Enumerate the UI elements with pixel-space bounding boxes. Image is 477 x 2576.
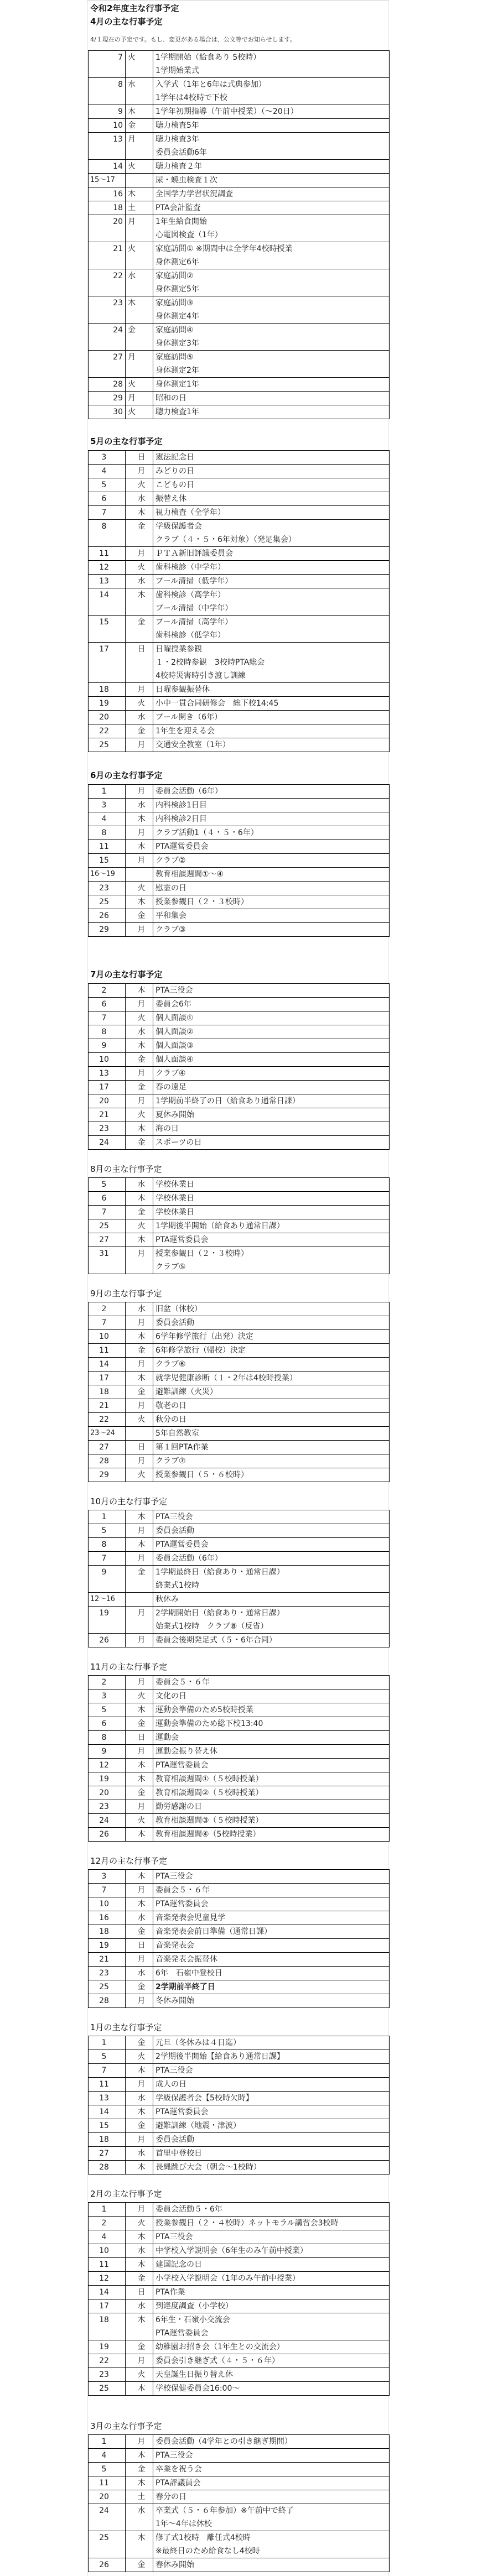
event-text: 聴力検査3年 (155, 133, 389, 146)
table-row: 5金卒業を祝う会 (89, 2463, 390, 2476)
event-text: 個人面談① (155, 1011, 389, 1025)
date-cell: 21 (89, 1399, 126, 1413)
event-cell: クラブ活動1（４・５・6年） (153, 826, 390, 840)
event-cell: 避難訓練（地震・津波） (153, 2119, 390, 2133)
event-text: 委員会活動 (155, 1316, 389, 1329)
weekday-cell: 火 (126, 2217, 153, 2230)
date-cell: 9 (89, 1566, 126, 1593)
event-cell: 避難訓練（火災） (153, 1385, 390, 1399)
event-text: PTA三役会 (155, 1870, 389, 1883)
month-heading: 6月の主な行事予定 (88, 770, 388, 784)
weekday-cell: 水 (126, 1302, 153, 1316)
schedule-table: 3日憲法記念日4月みどりの日5火こどもの日6水振替え休7木視力検査（全学年）8金… (88, 450, 390, 752)
date-cell: 18 (89, 1385, 126, 1399)
date-cell: 14 (89, 160, 126, 174)
date-cell: 28 (89, 1454, 126, 1468)
event-cell: PTA三役会 (153, 1870, 390, 1884)
weekday-cell: 月 (126, 2078, 153, 2092)
event-text: 家庭訪問③ (155, 296, 389, 310)
table-row: 7火1学期開始（給食あり 5校時）1学期始業式 (89, 51, 390, 78)
month-section-7: 10月の主な行事予定 1木PTA三役会5月委員会活動8木PTA運営委員会7月委員… (88, 1495, 388, 1647)
date-cell: 16～19 (89, 868, 126, 882)
section-spacer (88, 1842, 388, 1855)
section-spacer (88, 1647, 388, 1661)
table-row: 28火身体測定1年 (89, 378, 390, 392)
month-section-11: 2月の主な行事予定 1月委員会活動５・6年2火授業参観日（２・４校時）ネットモラ… (88, 2188, 388, 2396)
weekday-cell: 金 (126, 2463, 153, 2476)
table-row: 24火教育相談週間③（５校時授業） (89, 1814, 390, 1828)
date-cell: 17 (89, 1372, 126, 1385)
event-cell: 聴力検査3年委員会活動6年 (153, 133, 390, 160)
event-cell: ＰＴＡ新旧評議委員会 (153, 547, 390, 561)
event-text: PTA運営委員会 (155, 1233, 389, 1247)
table-row: 12火歯科検診（中学年） (89, 561, 390, 575)
event-text: 2学期後半開始【給食あり通常日課】 (155, 2050, 389, 2063)
date-cell: 11 (89, 2078, 126, 2092)
date-cell: 20 (89, 215, 126, 242)
event-cell: 昭和の日 (153, 392, 390, 405)
weekday-cell: 火 (126, 1814, 153, 1828)
event-text: 4校時災害時引き渡し訓練 (155, 669, 389, 682)
table-row: 12金小学校入学説明会（1年のみ午前中授業） (89, 2272, 390, 2286)
event-text: 振替え休 (155, 492, 389, 505)
event-text: 1学年初期指導（午前中授業）（～20日） (155, 105, 389, 118)
month-heading: 4月の主な行事予定 (88, 16, 388, 30)
event-text: 運動会 (155, 1731, 389, 1744)
event-text: 1年生を迎える会 (155, 724, 389, 738)
weekday-cell: 火 (126, 561, 153, 575)
event-text: 身体測定1年 (155, 378, 389, 391)
event-text: 委員会活動（6年） (155, 785, 389, 798)
table-row: 13月クラブ④ (89, 1067, 390, 1081)
event-cell: 授業参観日（５・６校時） (153, 1468, 390, 1482)
event-cell: PTA運営委員会 (153, 1759, 390, 1772)
event-text: 6学年修学旅行（出発）決定 (155, 1330, 389, 1343)
event-text: 避難訓練（火災） (155, 1385, 389, 1399)
event-cell: 教育相談週間①～④ (153, 868, 390, 882)
event-cell: 秋休み (153, 1593, 390, 1607)
event-cell: 学級保護者会クラブ（４・５・6年対象）（発足集会） (153, 520, 390, 547)
weekday-cell: 火 (126, 51, 153, 78)
date-cell: 26 (89, 909, 126, 923)
event-cell: 教育相談週間③（５校時授業） (153, 1814, 390, 1828)
date-cell: 17 (89, 1081, 126, 1094)
schedule-table: 2木PTA三役会6月委員会6年7火個人面談①8水個人面談②9木個人面談③10金個… (88, 983, 390, 1150)
date-cell: 14 (89, 1358, 126, 1372)
date-cell: 29 (89, 392, 126, 405)
event-text: 委員会活動 (155, 1524, 389, 1537)
weekday-cell: 月 (126, 785, 153, 799)
month-section-12: 3月の主な行事予定 1月委員会活動（4学年との引き継ぎ期間）4木PTA三役会5金… (88, 2420, 388, 2572)
event-text: 委員会活動6年 (155, 146, 389, 159)
event-cell: 家庭訪問⑤身体測定2年 (153, 351, 390, 378)
event-cell: PTA会計監査 (153, 201, 390, 215)
event-text: 身体測定5年 (155, 283, 389, 296)
date-cell: 31 (89, 1247, 126, 1274)
event-text: 視力検査（全学年） (155, 506, 389, 519)
event-text: 昭和の日 (155, 392, 389, 405)
date-cell: 26 (89, 2558, 126, 2572)
event-text: 授業参観日（２・３校時） (155, 895, 389, 909)
event-cell: 到達度調査（小学校） (153, 2299, 390, 2313)
event-text: 入学式（1年と6年は式典参加） (155, 78, 389, 91)
table-row: 21月音楽発表会振替休 (89, 1953, 390, 1967)
event-cell: 2学期前半終了日 (153, 1980, 390, 1994)
weekday-cell: 金 (126, 616, 153, 643)
table-row: 19木教育相談週間①（５校時授業） (89, 1772, 390, 1786)
event-text: 天皇誕生日振り替え休 (155, 2368, 389, 2381)
month-section-8: 11月の主な行事予定 2月委員会５・６年3火文化の日5木運動会準備のため5校時授… (88, 1661, 388, 1842)
table-row: 14木歯科検診（高学年）プール清掃（中学年） (89, 588, 390, 616)
event-cell: 1学年初期指導（午前中授業）（～20日） (153, 105, 390, 119)
event-cell: 卒業を祝う会 (153, 2463, 390, 2476)
weekday-cell: 木 (126, 984, 153, 998)
event-cell: プール清掃（高学年）歯科検診（低学年） (153, 616, 390, 643)
event-text: 卒業式（５・６年参加）※午前中で終了 (155, 2504, 389, 2517)
event-text: ＰＴＡ新旧評議委員会 (155, 547, 389, 560)
event-cell: 2学期開始日（給食あり・通常日課）始業式1校時 クラブ⑧（反省） (153, 1607, 390, 1634)
event-text: クラブ⑦ (155, 1454, 389, 1468)
schedule-table: 3木PTA三役会7月委員会５・６年10木PTA運営委員会16水音楽発表会児童見学… (88, 1869, 390, 2008)
weekday-cell: 月 (126, 1745, 153, 1759)
event-text: 聴力検査5年 (155, 119, 389, 132)
table-row: 15金避難訓練（地震・津波） (89, 2119, 390, 2133)
table-row: 5月委員会活動 (89, 1524, 390, 1538)
table-row: 10木PTA運営委員会 (89, 1897, 390, 1911)
date-cell: 25 (89, 1980, 126, 1994)
date-cell: 29 (89, 923, 126, 937)
table-row: 11金6年修学旅行（帰校）決定 (89, 1344, 390, 1358)
weekday-cell: 金 (126, 119, 153, 133)
event-cell: スポーツの日 (153, 1136, 390, 1150)
event-text: PTA運営委員会 (155, 840, 389, 853)
event-cell: 1年生給食開始心電図検査（1年） (153, 215, 390, 242)
date-cell: 5 (89, 2050, 126, 2064)
month-heading: 5月の主な行事予定 (88, 436, 388, 450)
date-cell: 9 (89, 105, 126, 119)
event-cell: 修了式1校時 離任式4校時※最終日のため給食なし4校時 (153, 2531, 390, 2558)
weekday-cell: 火 (126, 1413, 153, 1427)
table-row: 23月勤労感謝の日 (89, 1800, 390, 1814)
table-row: 23火天皇誕生日振り替え休 (89, 2368, 390, 2382)
event-text: 委員会５・６年 (155, 1884, 389, 1897)
weekday-cell: 日 (126, 1441, 153, 1454)
event-text: 建国記念の日 (155, 2258, 389, 2271)
date-cell: 4 (89, 2449, 126, 2463)
date-cell: 11 (89, 1344, 126, 1358)
table-row: 28木長縄跳び大会（朝会～1校時） (89, 2161, 390, 2175)
event-text: 音楽発表会振替休 (155, 1953, 389, 1966)
event-cell: 尿・蟯虫検査１次 (153, 174, 390, 187)
table-row: 14木PTA運営委員会 (89, 2105, 390, 2119)
table-row: 14月クラブ⑥ (89, 1358, 390, 1372)
weekday-cell: 金 (126, 324, 153, 351)
event-cell: PTA運営委員会 (153, 2105, 390, 2119)
table-row: 11木建国記念の日 (89, 2258, 390, 2272)
date-cell: 24 (89, 1136, 126, 1150)
table-row: 11月成人の日 (89, 2078, 390, 2092)
table-row: 18月委員会活動 (89, 2133, 390, 2147)
weekday-cell: 木 (126, 2258, 153, 2272)
date-cell: 30 (89, 405, 126, 419)
weekday-cell: 月 (126, 1067, 153, 1081)
date-cell: 19 (89, 1772, 126, 1786)
date-cell: 20 (89, 1786, 126, 1800)
date-cell: 11 (89, 840, 126, 854)
event-cell: 学校休業日 (153, 1178, 390, 1192)
weekday-cell: 月 (126, 1247, 153, 1274)
table-row: 26木教育相談週間④（5校時授業） (89, 1828, 390, 1842)
event-cell: 委員会後期発足式（５・6年合同） (153, 1634, 390, 1647)
schedule-table: 1木PTA三役会5月委員会活動8木PTA運営委員会7月委員会活動（6年）9金1学… (88, 1510, 390, 1647)
weekday-cell: 水 (126, 492, 153, 506)
date-cell: 19 (89, 1939, 126, 1953)
date-cell: 8 (89, 78, 126, 105)
date-cell: 27 (89, 1441, 126, 1454)
table-row: 12～16秋休み (89, 1593, 390, 1607)
event-cell: 委員会５・６年 (153, 1884, 390, 1897)
event-text: 委員会活動 (155, 2133, 389, 2146)
weekday-cell: 金 (126, 2340, 153, 2354)
table-row: 16～19教育相談週間①～④ (89, 868, 390, 882)
date-cell: 5 (89, 478, 126, 492)
table-row: 5火こどもの日 (89, 478, 390, 492)
event-text: 委員会５・６年 (155, 1676, 389, 1689)
table-row: 31月授業参観日（２・３校時）クラブ⑤ (89, 1247, 390, 1274)
date-cell: 11 (89, 2258, 126, 2272)
section-spacer (88, 752, 388, 770)
event-text: 勤労感謝の日 (155, 1800, 389, 1813)
date-cell: 1 (89, 785, 126, 799)
event-text: 心電図検査（1年） (155, 228, 389, 242)
weekday-cell: 月 (126, 998, 153, 1011)
event-cell: PTA三役会 (153, 1510, 390, 1524)
event-text: 始業式1校時 クラブ⑧（反省） (155, 1620, 389, 1633)
event-text: 長縄跳び大会（朝会～1校時） (155, 2161, 389, 2174)
event-cell: 個人面談② (153, 1025, 390, 1039)
schedule-table: 2月委員会５・６年3火文化の日5木運動会準備のため5校時授業6金運動会準備のため… (88, 1675, 390, 1842)
table-row: 3水内科検診1日目 (89, 799, 390, 812)
table-row: 17日日曜授業参観１・2校時参観 3校時PTA総会4校時災害時引き渡し訓練 (89, 643, 390, 683)
table-row: 17水到達度調査（小学校） (89, 2299, 390, 2313)
event-text: 学校休業日 (155, 1206, 389, 1219)
weekday-cell: 月 (126, 2203, 153, 2217)
table-row: 10金聴力検査5年 (89, 119, 390, 133)
date-cell: 7 (89, 1884, 126, 1897)
date-cell: 3 (89, 1870, 126, 1884)
month-section-3: 6月の主な行事予定 1月委員会活動（6年）3水内科検診1日目4木内科検診2日目8… (88, 770, 388, 937)
date-cell: 25 (89, 2531, 126, 2558)
weekday-cell: 木 (126, 2382, 153, 2396)
event-cell: 音楽発表会 (153, 1939, 390, 1953)
event-cell: 憲法記念日 (153, 451, 390, 465)
date-cell: 23 (89, 1800, 126, 1814)
event-text: 1学期最終日（給食あり・通常日課） (155, 1566, 389, 1579)
event-cell: クラブ④ (153, 1067, 390, 1081)
date-cell: 2 (89, 984, 126, 998)
schedule-table: 1月委員会活動（6年）3水内科検診1日目4木内科検診2日目8月クラブ活動1（４・… (88, 784, 390, 937)
date-cell: 9 (89, 1039, 126, 1053)
weekday-cell: 木 (126, 588, 153, 616)
table-row: 24金家庭訪問④身体測定3年 (89, 324, 390, 351)
event-text: 元旦（冬休みは４日迄） (155, 2036, 389, 2050)
event-text: PTA三役会 (155, 2230, 389, 2244)
event-text: 家庭訪問① ※期間中は全学年4校時授業 (155, 242, 389, 255)
table-row: 4木PTA三役会 (89, 2230, 390, 2244)
event-text: 個人面談④ (155, 1053, 389, 1066)
event-text: 委員会活動（6年） (155, 1552, 389, 1565)
date-cell: 17 (89, 2299, 126, 2313)
table-row: 26月委員会後期発足式（５・6年合同） (89, 1634, 390, 1647)
month-heading: 7月の主な行事予定 (88, 969, 388, 983)
weekday-cell: 月 (126, 2435, 153, 2449)
weekday-cell: 木 (126, 1233, 153, 1247)
weekday-cell: 水 (126, 1967, 153, 1980)
date-cell: 23 (89, 296, 126, 324)
event-cell: PTA三役会 (153, 984, 390, 998)
table-row: 9金1学期最終日（給食あり・通常日課）終業式1校時 (89, 1566, 390, 1593)
table-row: 13月聴力検査3年委員会活動6年 (89, 133, 390, 160)
event-text: 成人の日 (155, 2078, 389, 2091)
weekday-cell: 火 (126, 1468, 153, 1482)
event-cell: 家庭訪問②身体測定5年 (153, 269, 390, 296)
weekday-cell: 土 (126, 201, 153, 215)
event-cell: 日曜参観振替休 (153, 683, 390, 697)
weekday-cell: 月 (126, 1676, 153, 1689)
weekday-cell: 月 (126, 2354, 153, 2368)
date-cell: 22 (89, 1413, 126, 1427)
event-text: 秋分の日 (155, 1413, 389, 1426)
table-row: 14火聴力検査２年 (89, 160, 390, 174)
weekday-cell: 金 (126, 1081, 153, 1094)
weekday-cell: 日 (126, 643, 153, 683)
event-cell: 幼稚園お招き会（1年生との交流会） (153, 2340, 390, 2354)
event-cell: 授業参観日（２・３校時）クラブ⑤ (153, 1247, 390, 1274)
event-cell: 聴力検査1年 (153, 405, 390, 419)
event-cell: PTA運営委員会 (153, 1538, 390, 1552)
date-cell: 23 (89, 2368, 126, 2382)
table-row: 1月委員会活動（6年） (89, 785, 390, 799)
table-row: 20土春分の日 (89, 2490, 390, 2504)
month-heading: 9月の主な行事予定 (88, 1287, 388, 1302)
table-row: 4月みどりの日 (89, 465, 390, 478)
schedule-table: 1月委員会活動５・6年2火授業参観日（２・４校時）ネットモラル講習会3校時4木P… (88, 2202, 390, 2396)
schedule-document: 令和2年度主な行事予定 4月の主な行事予定4/１現在の予定です。もし、変更がある… (87, 0, 389, 2576)
date-cell: 15 (89, 616, 126, 643)
table-row: 5火2学期後半開始【給食あり通常日課】 (89, 2050, 390, 2064)
date-cell: 23 (89, 1967, 126, 1980)
weekday-cell: 木 (126, 1828, 153, 1842)
weekday-cell (126, 868, 153, 882)
table-row: 8月クラブ活動1（４・５・6年） (89, 826, 390, 840)
event-cell: 1学期前半終了の日（給食あり通常日課） (153, 1094, 390, 1108)
event-cell: PTA運営委員会 (153, 1233, 390, 1247)
event-cell: 中学校入学説明会（6年生のみ午前中授業） (153, 2244, 390, 2258)
month-heading: 12月の主な行事予定 (88, 1855, 388, 1869)
event-text: 尿・蟯虫検査１次 (155, 174, 389, 187)
event-text: 交通安全教室（1年） (155, 738, 389, 752)
month-heading: 1月の主な行事予定 (88, 2021, 388, 2036)
weekday-cell: 金 (126, 1385, 153, 1399)
table-row: 4木PTA三役会 (89, 2449, 390, 2463)
date-cell: 13 (89, 1067, 126, 1081)
weekday-cell: 木 (126, 2313, 153, 2340)
event-cell: 第１回PTA作業 (153, 1441, 390, 1454)
date-cell: 2 (89, 1302, 126, 1316)
event-text: 聴力検査1年 (155, 405, 389, 419)
event-cell: 入学式（1年と6年は式典参加）1学年は4校時で下校 (153, 78, 390, 105)
event-text: 小中一貫合同研修会 総下校14:45 (155, 697, 389, 710)
event-cell: 小学校入学説明会（1年のみ午前中授業） (153, 2272, 390, 2286)
event-text: 学校休業日 (155, 1192, 389, 1205)
weekday-cell: 木 (126, 1122, 153, 1136)
table-row: 18月日曜参観振替休 (89, 683, 390, 697)
table-row: 3日憲法記念日 (89, 451, 390, 465)
event-cell: 運動会準備のため総下校13:40 (153, 1717, 390, 1731)
event-cell: 委員会引き継ぎ式（４・５・６年） (153, 2354, 390, 2368)
event-cell: 交通安全教室（1年） (153, 738, 390, 752)
event-text: 6年生・石嶺小交流会 (155, 2313, 389, 2327)
date-cell: 7 (89, 506, 126, 520)
date-cell: 15 (89, 2119, 126, 2133)
table-row: 29月昭和の日 (89, 392, 390, 405)
weekday-cell: 月 (126, 826, 153, 840)
table-row: 22水家庭訪問②身体測定5年 (89, 269, 390, 296)
event-cell: PTA作業 (153, 2286, 390, 2299)
event-text: 2学期前半終了日 (155, 1980, 389, 1994)
event-text: クラブ⑥ (155, 1358, 389, 1371)
table-row: 24水卒業式（５・６年参加）※午前中で終了1年～4年は休校 (89, 2504, 390, 2531)
notice-text: 4/１現在の予定です。もし、変更がある場合は、公文等でお知らせします。 (88, 30, 388, 50)
table-row: 27日第１回PTA作業 (89, 1441, 390, 1454)
weekday-cell: 木 (126, 1510, 153, 1524)
date-cell: 19 (89, 1607, 126, 1634)
table-row: 29月クラブ③ (89, 923, 390, 937)
event-cell: 委員会6年 (153, 998, 390, 1011)
event-cell: 勤労感謝の日 (153, 1800, 390, 1814)
date-cell: 12 (89, 1759, 126, 1772)
weekday-cell: 金 (126, 1206, 153, 1219)
event-cell: 視力検査（全学年） (153, 506, 390, 520)
event-text: 運動会準備のため5校時授業 (155, 1703, 389, 1717)
date-cell: 27 (89, 351, 126, 378)
table-row: 13水プール清掃（低学年） (89, 575, 390, 588)
table-row: 7木視力検査（全学年） (89, 506, 390, 520)
weekday-cell (126, 1593, 153, 1607)
event-text: PTA三役会 (155, 984, 389, 997)
event-cell: 2学期後半開始【給食あり通常日課】 (153, 2050, 390, 2064)
weekday-cell: 金 (126, 520, 153, 547)
event-text: 夏休み開始 (155, 1108, 389, 1122)
date-cell: 27 (89, 1233, 126, 1247)
date-cell: 27 (89, 2147, 126, 2161)
date-cell: 13 (89, 133, 126, 160)
event-text: PTA三役会 (155, 2064, 389, 2077)
date-cell: 26 (89, 1828, 126, 1842)
date-cell: 22 (89, 724, 126, 738)
date-cell: 7 (89, 1011, 126, 1025)
weekday-cell: 木 (126, 296, 153, 324)
table-row: 1月委員会活動５・6年 (89, 2203, 390, 2217)
event-cell: 天皇誕生日振り替え休 (153, 2368, 390, 2382)
weekday-cell: 木 (126, 812, 153, 826)
weekday-cell: 木 (126, 1192, 153, 1206)
table-row: 13水学級保護者会【5校時欠時】 (89, 2092, 390, 2105)
event-text: 授業参観日（２・３校時） (155, 1247, 389, 1260)
table-row: 15～17尿・蟯虫検査１次 (89, 174, 390, 187)
weekday-cell: 月 (126, 1884, 153, 1897)
date-cell: 7 (89, 1552, 126, 1566)
